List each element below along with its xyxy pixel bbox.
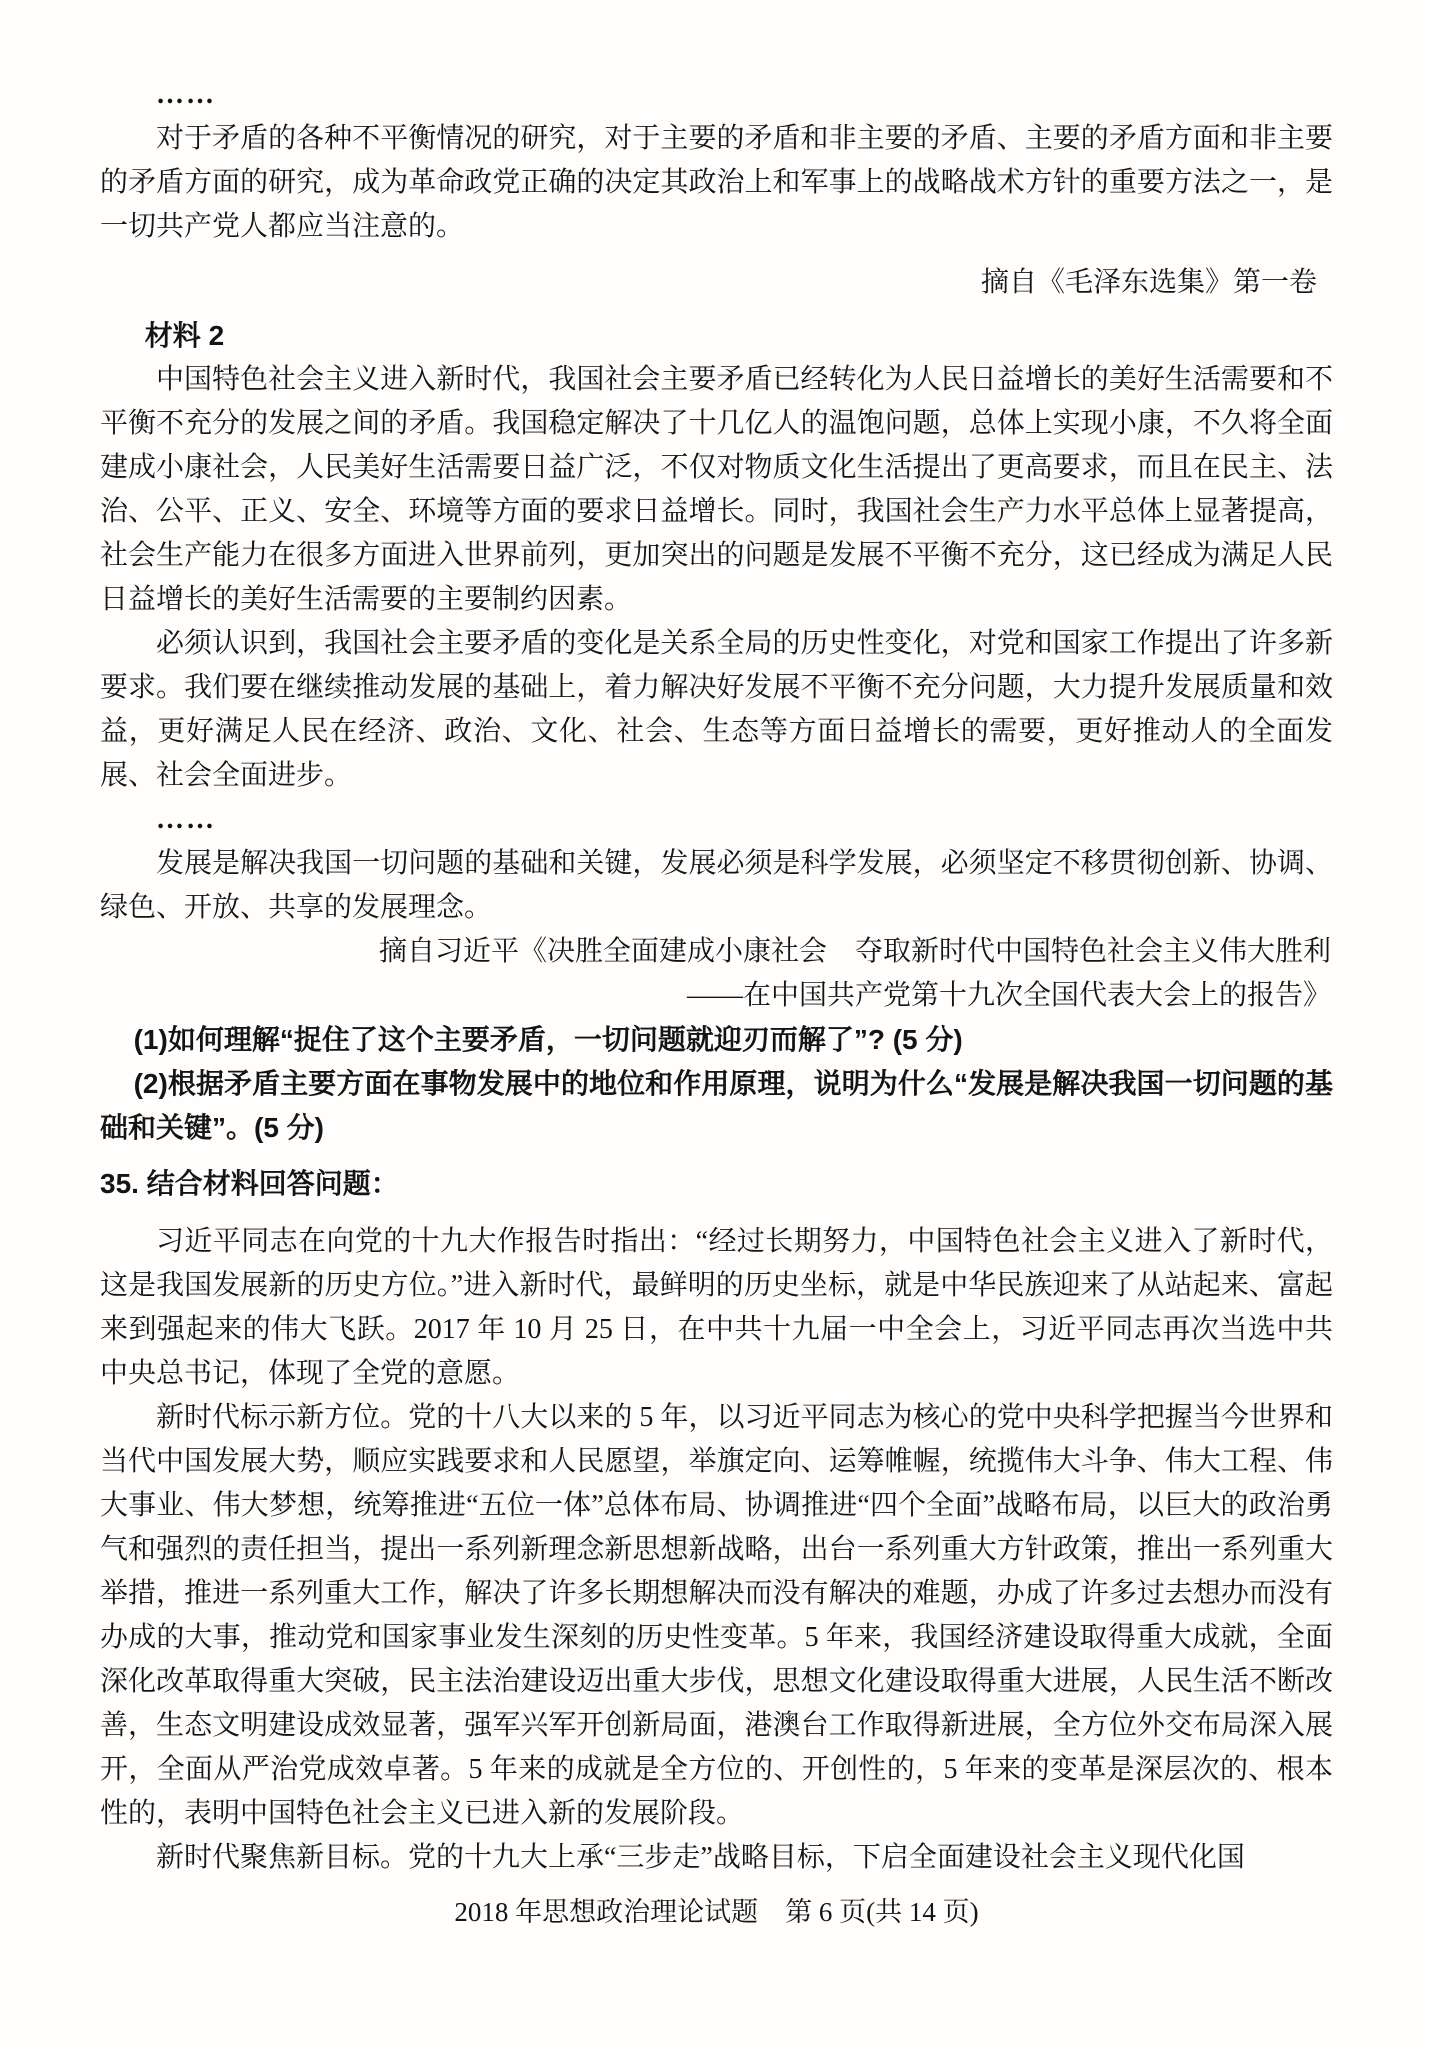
question-35-paragraph-3: 新时代聚焦新目标。党的十九大上承“三步走”战略目标，下启全面建设社会主义现代化国 (100, 1836, 1333, 1880)
material1-source-citation: 摘自《毛泽东选集》第一卷 (100, 261, 1333, 305)
material2-source-citation-line1: 摘自习近平《决胜全面建成小康社会 夺取新时代中国特色社会主义伟大胜利 (100, 930, 1333, 974)
material2-heading: 材料 2 (100, 314, 1333, 358)
material2-source-citation-line2: ——在中国共产党第十九次全国代表大会上的报告》 (100, 974, 1333, 1018)
exam-page: …… 对于矛盾的各种不平衡情况的研究，对于主要的矛盾和非主要的矛盾、主要的矛盾方… (0, 0, 1433, 2048)
question-34-part1: (1)如何理解“捉住了这个主要矛盾，一切问题就迎刃而解了”? (5 分) (100, 1018, 1333, 1062)
question-35-heading: 35. 结合材料回答问题： (100, 1162, 1333, 1206)
question-35-paragraph-2: 新时代标示新方位。党的十八大以来的 5 年，以习近平同志为核心的党中央科学把握当… (100, 1396, 1333, 1836)
material1-paragraph: 对于矛盾的各种不平衡情况的研究，对于主要的矛盾和非主要的矛盾、主要的矛盾方面和非… (100, 117, 1333, 249)
material2-paragraph-1: 中国特色社会主义进入新时代，我国社会主要矛盾已经转化为人民日益增长的美好生活需要… (100, 358, 1333, 622)
material2-paragraph-3: 发展是解决我国一切问题的基础和关键，发展必须是科学发展，必须坚定不移贯彻创新、协… (100, 842, 1333, 930)
question-34-part2: (2)根据矛盾主要方面在事物发展中的地位和作用原理，说明为什么“发展是解决我国一… (100, 1062, 1333, 1150)
material2-ellipsis: …… (100, 798, 1333, 842)
material1-ellipsis: …… (100, 73, 1333, 117)
question-35-paragraph-1: 习近平同志在向党的十九大作报告时指出：“经过长期努力，中国特色社会主义进入了新时… (100, 1220, 1333, 1396)
page-footer: 2018 年思想政治理论试题 第 6 页(共 14 页) (100, 1890, 1333, 1934)
material2-paragraph-2: 必须认识到，我国社会主要矛盾的变化是关系全局的历史性变化，对党和国家工作提出了许… (100, 622, 1333, 798)
